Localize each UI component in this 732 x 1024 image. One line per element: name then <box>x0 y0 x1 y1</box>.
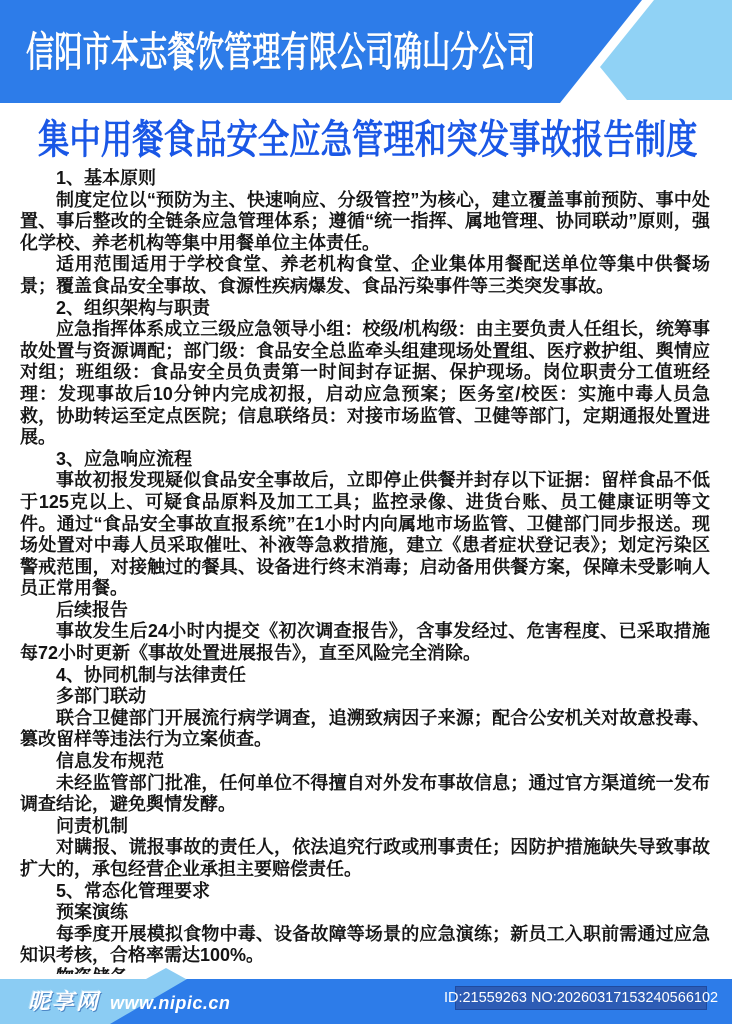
watermark-id-text: ID:21559263 NO:20260317153240566102 <box>444 990 718 1006</box>
section-heading: 多部门联动 <box>20 686 710 708</box>
section-heading: 3、应急响应流程 <box>20 449 710 471</box>
section-heading: 物资储备 <box>20 967 710 974</box>
paragraph: 事故发生后24小时内提交《初次调查报告》，含事发经过、危害程度、已采取措施每72… <box>20 621 710 664</box>
paragraph: 联合卫健部门开展流行病学调查，追溯致病因子来源；配合公安机关对故意投毒、篡改留样… <box>20 708 710 751</box>
paragraph: 对瞒报、谎报事故的责任人，依法追究行政或刑事责任；因防护措施缺失导致事故扩大的，… <box>20 837 710 880</box>
section-heading: 问责机制 <box>20 816 710 838</box>
section-heading: 预案演练 <box>20 902 710 924</box>
section-heading: 后续报告 <box>20 600 710 622</box>
section-heading: 5、常态化管理要求 <box>20 881 710 903</box>
nipic-logo: 昵享网 <box>28 988 100 1016</box>
paragraph: 未经监管部门批准，任何单位不得擅自对外发布事故信息；通过官方渠道统一发布调查结论… <box>20 773 710 816</box>
company-name: 信阳市本志餐饮管理有限公司确山分公司 <box>26 24 535 80</box>
nipic-url: www.nipic.cn <box>110 991 230 1015</box>
paragraph: 制度定位以“预防为主、快速响应、分级管控”为核心，建立覆盖事前预防、事中处置、事… <box>20 190 710 255</box>
section-heading: 2、组织架构与职责 <box>20 298 710 320</box>
document-body: 1、基本原则制度定位以“预防为主、快速响应、分级管控”为核心，建立覆盖事前预防、… <box>20 168 710 974</box>
paragraph: 每季度开展模拟食物中毒、设备故障等场景的应急演练；新员工入职前需通过应急知识考核… <box>20 924 710 967</box>
section-heading: 1、基本原则 <box>20 168 710 190</box>
poster-page: 信阳市本志餐饮管理有限公司确山分公司 集中用餐食品安全应急管理和突发事故报告制度… <box>0 0 732 1024</box>
paragraph: 事故初报发现疑似食品安全事故后，立即停止供餐并封存以下证据：留样食品不低于125… <box>20 470 710 600</box>
paragraph: 适用范围适用于学校食堂、养老机构食堂、企业集体用餐配送单位等集中供餐场景；覆盖食… <box>20 254 710 297</box>
watermark-id-box: ID:21559263 NO:20260317153240566102 <box>455 986 707 1010</box>
paragraph: 应急指挥体系成立三级应急领导小组：校级/机构级：由主要负责人任组长，统筹事故处置… <box>20 319 710 449</box>
document-title: 集中用餐食品安全应急管理和突发事故报告制度 <box>38 115 697 165</box>
section-heading: 4、协同机制与法律责任 <box>20 665 710 687</box>
section-heading: 信息发布规范 <box>20 751 710 773</box>
